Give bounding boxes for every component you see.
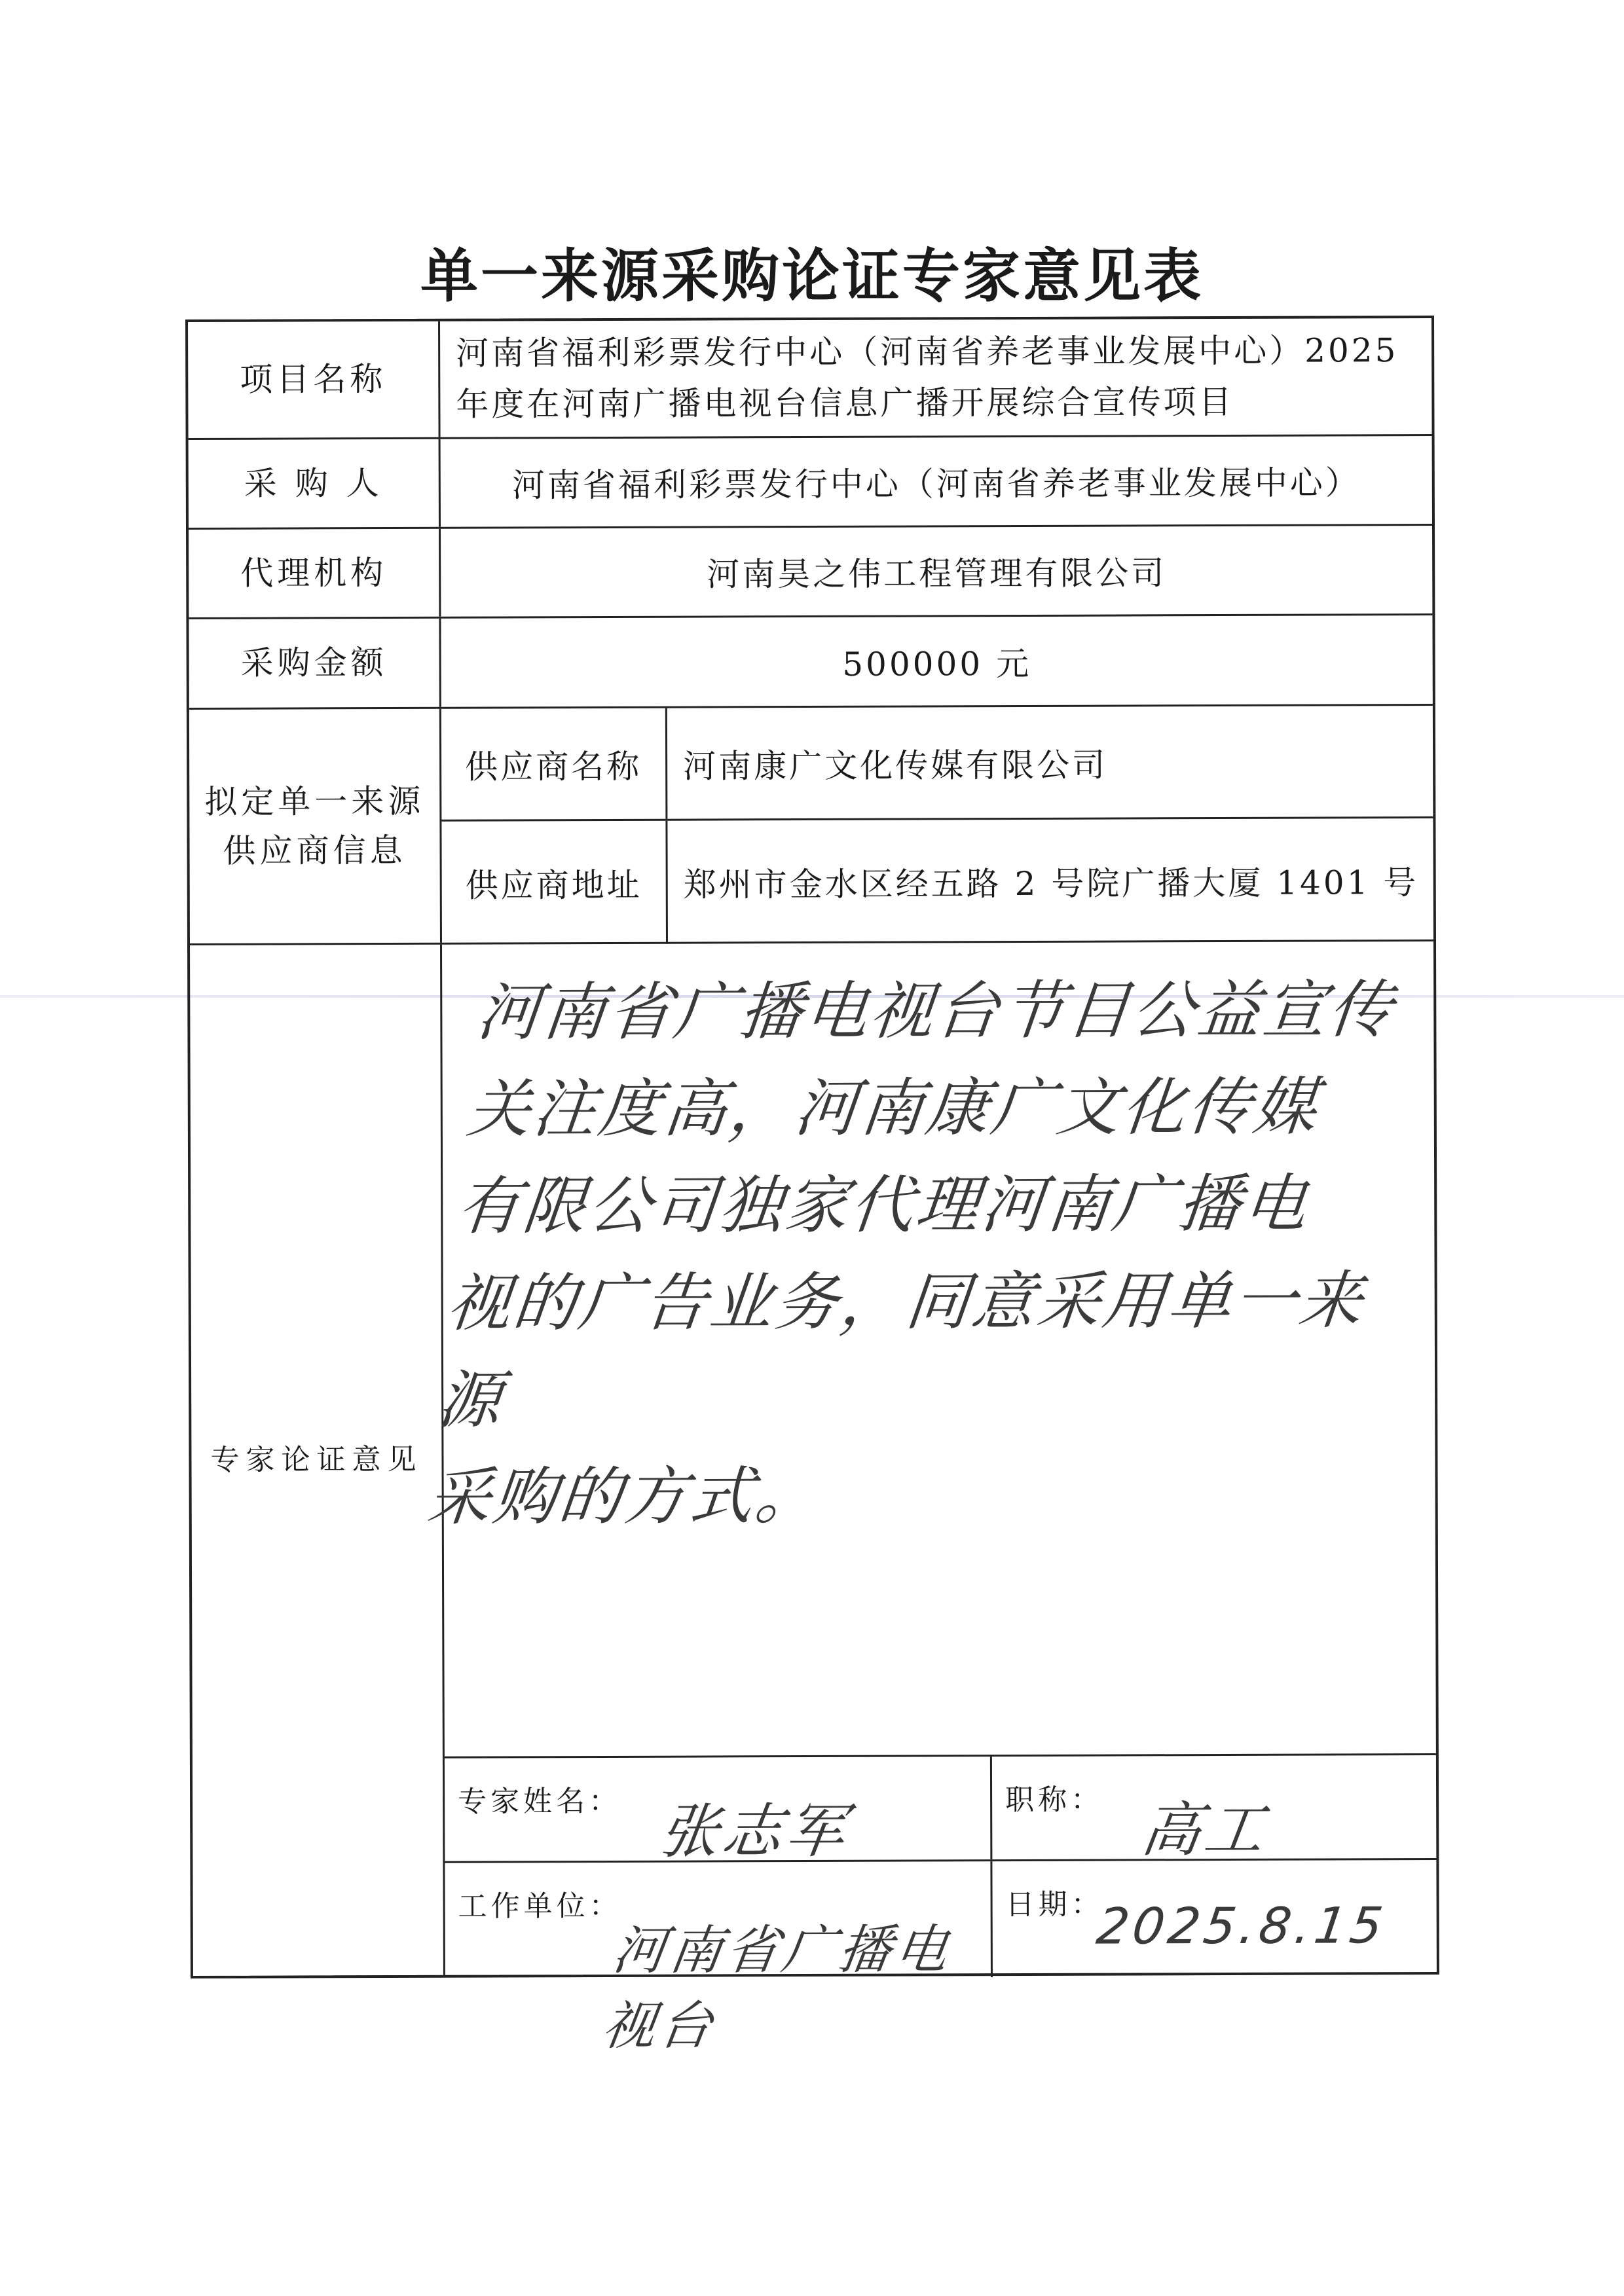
title-handwritten: 高工 [1137, 1782, 1274, 1868]
project-name-label: 项目名称 [188, 321, 441, 438]
title-cell: 职称： 高工 [992, 1755, 1436, 1859]
date-handwritten: 2025.8.15 [1094, 1896, 1390, 1955]
expert-opinion-label: 专家论证意见 [190, 945, 445, 1976]
project-name-line-1: 河南省福利彩票发行中心（河南省养老事业发展中心）2025 [456, 325, 1398, 379]
agency-value: 河南昊之伟工程管理有限公司 [441, 526, 1432, 617]
work-unit-handwritten: 河南省广播电视台 [599, 1907, 1001, 2059]
row-agency: 代理机构 河南昊之伟工程管理有限公司 [189, 526, 1432, 619]
page-title: 单一来源采购论证专家意见表 [0, 230, 1624, 313]
opinion-line-3: 有限公司独家代理河南广播电 [452, 1155, 1431, 1255]
supplier-address-label: 供应商地址 [441, 821, 668, 945]
expert-name-signature: 张志军 [655, 1783, 855, 1869]
expert-name-label: 专家姓名： [458, 1777, 621, 1820]
supplier-name-label: 供应商名称 [441, 708, 668, 820]
purchaser-label: 采 购 人 [189, 439, 441, 528]
supplier-info-label-line-1: 拟定单一来源 [204, 776, 424, 826]
signature-row-1: 专家姓名： 张志军 职称： 高工 [445, 1753, 1436, 1861]
row-purchaser: 采 购 人 河南省福利彩票发行中心（河南省养老事业发展中心） [189, 436, 1432, 530]
amount-label: 采购金额 [189, 619, 441, 708]
amount-value: 500000 元 [441, 615, 1432, 707]
project-name-value: 河南省福利彩票发行中心（河南省养老事业发展中心）2025 年度在河南广播电视台信… [440, 318, 1432, 437]
row-amount: 采购金额 500000 元 [189, 615, 1432, 710]
supplier-name-row: 供应商名称 河南康广文化传媒有限公司 [441, 706, 1433, 822]
date-label: 日期： [1005, 1881, 1103, 1923]
opinion-line-5: 采购的方式。 [423, 1446, 1401, 1546]
project-name-line-2: 年度在河南广播电视台信息广播开展综合宣传项目 [456, 376, 1398, 430]
row-supplier-info: 拟定单一来源 供应商信息 供应商名称 河南康广文化传媒有限公司 供应商地址 郑州… [189, 706, 1433, 945]
date-cell: 日期： 2025.8.15 [992, 1860, 1437, 1977]
purchaser-value: 河南省福利彩票发行中心（河南省养老事业发展中心） [441, 436, 1432, 527]
supplier-info-label: 拟定单一来源 供应商信息 [189, 709, 442, 943]
work-unit-cell: 工作单位： 河南省广播电视台 [445, 1861, 993, 1979]
expert-opinion-handwritten-text: 河南省广播电视台节目公益宣传 关注度高，河南康广文化传媒 有限公司独家代理河南广… [423, 961, 1451, 1546]
supplier-name-value: 河南康广文化传媒有限公司 [667, 706, 1433, 819]
opinion-line-2: 关注度高，河南康广文化传媒 [463, 1058, 1441, 1158]
agency-label: 代理机构 [189, 529, 441, 617]
supplier-address-row: 供应商地址 郑州市金水区经五路 2 号院广播大厦 1401 号 [441, 818, 1433, 945]
supplier-address-value: 郑州市金水区经五路 2 号院广播大厦 1401 号 [667, 818, 1433, 944]
supplier-info-label-line-2: 供应商信息 [204, 826, 424, 875]
opinion-line-4: 视的广告业务，同意采用单一来源 [433, 1252, 1421, 1449]
signature-row-2: 工作单位： 河南省广播电视台 日期： 2025.8.15 [445, 1858, 1437, 1979]
row-expert-opinion: 专家论证意见 河南省广播电视台节目公益宣传 关注度高，河南康广文化传媒 有限公司… [190, 941, 1437, 1976]
opinion-form-table: 项目名称 河南省福利彩票发行中心（河南省养老事业发展中心）2025 年度在河南广… [185, 316, 1439, 1978]
opinion-line-1: 河南省广播电视台节目公益宣传 [473, 961, 1451, 1061]
expert-name-cell: 专家姓名： 张志军 [445, 1757, 992, 1861]
title-label: 职称： [1005, 1776, 1103, 1818]
work-unit-label: 工作单位： [458, 1882, 622, 1925]
row-project-name: 项目名称 河南省福利彩票发行中心（河南省养老事业发展中心）2025 年度在河南广… [188, 318, 1432, 440]
